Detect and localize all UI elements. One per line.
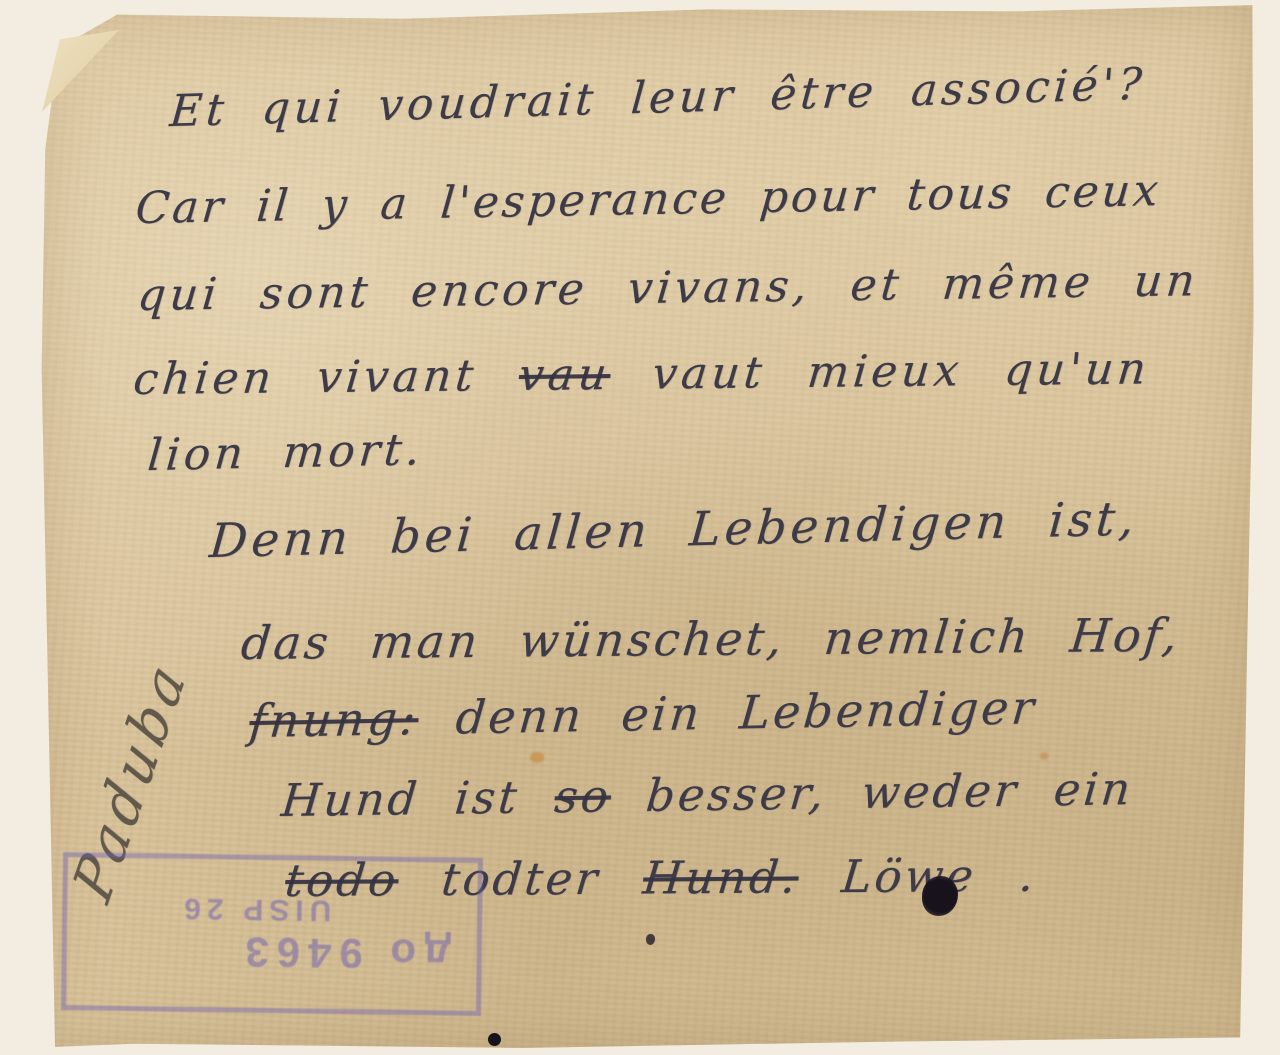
handwritten-line-7: das man wünschet, nemlich Hof, xyxy=(239,608,1183,670)
struck-text-segment: so xyxy=(552,769,613,823)
struck-text-segment: fnung: xyxy=(247,691,421,748)
stain xyxy=(1040,752,1048,760)
text-segment: chien vivant xyxy=(131,350,521,405)
ink-blot-bottom xyxy=(488,1033,501,1046)
struck-text-segment: vau xyxy=(517,349,613,401)
archive-stamp-text: до 9463 UISP 26 xyxy=(66,857,478,1011)
handwritten-line-4: chien vivant vau vaut mieux qu'un xyxy=(131,343,1152,405)
text-segment: Hund ist xyxy=(279,770,557,827)
archive-stamp: до 9463 UISP 26 xyxy=(61,852,483,1016)
text-segment: das man wünschet, nemlich Hof, xyxy=(239,608,1183,670)
stamp-code: UISP 26 xyxy=(178,891,332,927)
stain xyxy=(530,752,544,763)
handwritten-line-5: lion mort. xyxy=(146,424,426,481)
text-segment: besser, weder ein xyxy=(609,762,1136,822)
text-segment: vaut mieux qu'un xyxy=(608,343,1152,400)
struck-text-segment: Hund. xyxy=(641,850,802,904)
text-segment: Löwe . xyxy=(796,849,1039,904)
stamp-number: до 9463 xyxy=(237,928,451,979)
text-segment: denn ein Lebendiger xyxy=(416,680,1039,745)
text-segment: lion mort. xyxy=(146,424,426,481)
